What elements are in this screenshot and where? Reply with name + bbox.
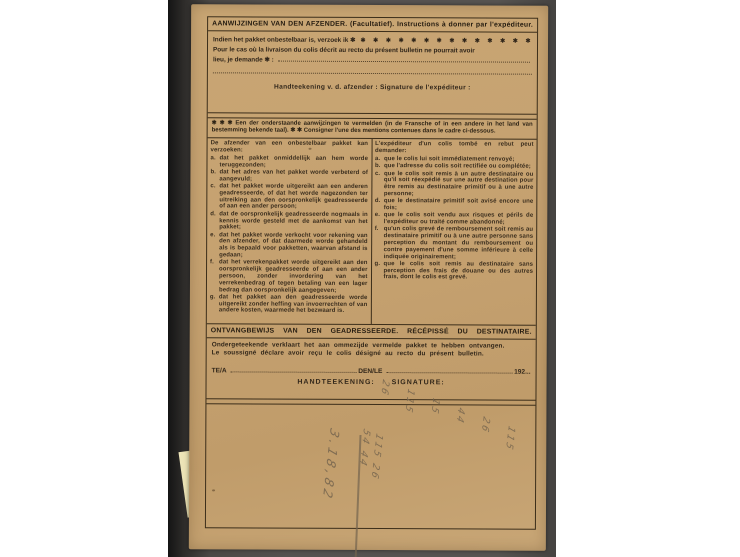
dotted-line xyxy=(231,366,357,374)
option-letter: e. xyxy=(210,232,219,259)
option-text: dat het adres van het pakket worde verbe… xyxy=(219,169,368,183)
option-text: que le destinataire primitif soit avisé … xyxy=(384,198,534,212)
place-label: TE/A xyxy=(212,368,227,376)
option-letter: g. xyxy=(210,294,219,314)
option-item: c. que le colis soit remis à un autre de… xyxy=(375,171,534,199)
dutch-column: De afzender van een onbestelbaar pakket … xyxy=(207,139,372,325)
option-item: e. que le colis soit vendu aux risques e… xyxy=(375,212,534,226)
scan-page: AANWIJZINGEN VAN DEN AFZENDER. (Facultat… xyxy=(0,0,740,557)
french-column-intro: L'expéditeur d'un colis tombé en rebut p… xyxy=(375,141,534,155)
option-item: d. que le destinataire primitif soit avi… xyxy=(375,198,534,212)
option-letter: f. xyxy=(375,226,384,260)
option-letter: a. xyxy=(210,155,219,169)
receipt-header: ONTVANGBEWIJS VAN DEN GEADRESSEERDE. RÉC… xyxy=(207,325,536,340)
date-label: DEN/LE xyxy=(358,368,382,376)
option-item: a. que le colis lui soit immédiatement r… xyxy=(375,156,534,163)
french-column: L'expéditeur d'un colis tombé en rebut p… xyxy=(371,139,536,325)
instructions-section: Indien het pakket onbestelbaar is, verzo… xyxy=(208,31,537,114)
option-item: d. dat de oorspronkelijk geadresseerde n… xyxy=(210,211,368,232)
pencil-column-mid: 115 26 54 44 xyxy=(355,427,385,482)
option-text: dat het verrekenpakket worde uitgereikt … xyxy=(219,260,368,295)
undeliverable-line-nl: Indien het pakket onbestelbaar is, verzo… xyxy=(213,35,355,45)
french-option-list: a. que le colis lui soit immédiatement r… xyxy=(374,156,533,282)
option-text: dat het pakket onmiddellijk aan hem word… xyxy=(219,155,368,169)
option-letter: f. xyxy=(210,260,219,294)
option-text: dat het pakket worde verkocht voor reken… xyxy=(219,232,368,260)
option-letter: c. xyxy=(375,171,384,198)
option-text: dat het pakket aan den geadresseerde wor… xyxy=(219,294,368,315)
speck xyxy=(309,148,312,150)
option-item: b. dat het adres van het pakket worde ve… xyxy=(210,169,368,183)
option-item: b. que l'adresse du colis soit rectifiée… xyxy=(375,163,534,170)
option-letter: d. xyxy=(375,198,384,212)
option-item: g. que le colis soit remis au destinatai… xyxy=(374,261,533,282)
option-text: qu'un colis grevé de remboursement soit … xyxy=(384,226,534,261)
sender-instructions-header: AANWIJZINGEN VAN DEN AFZENDER. (Facultat… xyxy=(208,17,537,32)
receipt-declaration-fr: Le soussigné déclare avoir reçu le colis… xyxy=(212,350,531,359)
postal-form-card: AANWIJZINGEN VAN DEN AFZENDER. (Facultat… xyxy=(189,4,548,551)
option-letter: e. xyxy=(375,212,384,226)
dotted-line xyxy=(213,64,532,74)
option-text: dat de oorspronkelijk geadresseerde nogm… xyxy=(219,211,368,232)
option-text: que l'adresse du colis soit rectifiée ou… xyxy=(384,163,534,170)
option-letter: g. xyxy=(374,261,383,281)
option-item: f. qu'un colis grevé de remboursement so… xyxy=(375,226,534,261)
option-letter: c. xyxy=(210,183,219,210)
option-item: g. dat het pakket aan den geadresseerde … xyxy=(210,294,368,315)
option-text: que le colis soit remis à un autre desti… xyxy=(384,171,534,199)
dutch-column-intro: De afzender van een onbestelbaar pakket … xyxy=(211,141,369,155)
option-item: c. dat het pakket worde uitgereikt aan e… xyxy=(210,183,368,211)
je-demande-label: lieu, je demande ✱ : xyxy=(213,55,274,64)
dotted-line xyxy=(278,54,530,62)
sender-signature-label: Handteekening v. d. afzender : Signature… xyxy=(213,82,532,92)
option-letter: a. xyxy=(375,156,384,163)
option-letter: b. xyxy=(210,169,219,183)
dutch-option-list: a. dat het pakket onmiddellijk aan hem w… xyxy=(210,155,368,315)
speck xyxy=(212,489,215,491)
year-prefix: 192... xyxy=(514,369,531,377)
option-text: que le colis soit vendu aux risques et p… xyxy=(384,212,534,226)
option-text: que le colis lui soit immédiatement renv… xyxy=(384,156,534,163)
option-item: f. dat het verrekenpakket worde uitgerei… xyxy=(210,260,368,295)
options-columns: De afzender van een onbestelbaar pakket … xyxy=(207,139,537,326)
option-text: dat het pakket worde uitgereikt aan een … xyxy=(219,183,368,211)
option-letter: b. xyxy=(375,163,384,170)
option-text: que le colis soit remis au destinataire … xyxy=(383,261,533,282)
note-box: ✱ ✱ ✱ Een der onderstaande aanwijzingen … xyxy=(208,118,537,140)
asterisk-row: ✱ ✱ ✱ ✱ ✱ ✱ ✱ ✱ ✱ ✱ ✱ ✱ ✱ ✱ ✱ ✱ xyxy=(360,36,532,46)
dotted-line xyxy=(386,366,512,374)
option-letter: d. xyxy=(210,211,219,231)
option-item: e. dat het pakket worde verkocht voor re… xyxy=(210,232,368,260)
option-item: a. dat het pakket onmiddellijk aan hem w… xyxy=(210,155,368,169)
